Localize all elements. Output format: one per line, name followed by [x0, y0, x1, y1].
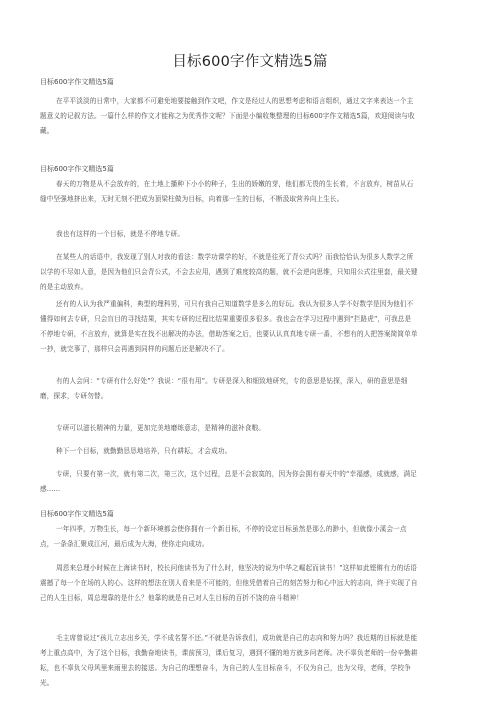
- essay1-paragraph-5: 有的人会问：“专研有什么好处”？我说：“很有用”。专研是深入和细致地研究，专的意…: [40, 374, 418, 404]
- essay1-paragraph-2: 我也有这样的一个目标，就是不停地专研。: [40, 227, 418, 242]
- essay1-paragraph-7: 种下一个目标，就勤勤恳恳地培养，只有耕耘，才会成功。: [40, 444, 418, 459]
- document-page: 目标600字作文精选5篇 目标600字作文精选5篇 在平平淡淡的日常中，大家都不…: [0, 0, 500, 708]
- essay1-paragraph-4: 还有的人认为我严重偏科，典型的理科男，可只有我自己知道数学是多么的好玩。我认为很…: [40, 297, 418, 357]
- essay1-paragraph-3: 在某些人的话语中，我发现了别人对我的看法：数学功课学的好，不就是往死了背公式吗？…: [40, 250, 418, 295]
- essay1-paragraph-8: 专研，只要有第一次，就有第二次，第三次，这个过程，总是不会寂寞的，因为你会拥有春…: [40, 467, 418, 497]
- essay2-paragraph-3: 毛主席曾说过“孩儿立志出乡关，学不成名誓不还。”不就是告诉我们，成功就是自己的志…: [40, 631, 418, 691]
- essay1-paragraph-1: 春天的万物是从不会放弃的，在土地上播种下小小的种子，生出的娇嫩的芽，他们都无畏的…: [40, 177, 418, 207]
- intro-heading: 目标600字作文精选5篇: [40, 77, 114, 87]
- essay1-paragraph-6: 专研可以滋长精神的力量，更加完美地磨练意志，是精神的滋补食粮。: [40, 421, 418, 436]
- essay2-paragraph-1: 一年四季，万物生长，每一个新环境都会使你拥有一个新目标，不停的设定目标虽然是那么…: [40, 522, 418, 552]
- essay1-heading: 目标600字作文精选5篇: [40, 164, 114, 174]
- essay2-paragraph-2: 周恩来总理小时候在上海读书时，校长问他读书为了什么时，他坚决的说为中华之崛起而读…: [40, 561, 418, 606]
- document-title: 目标600字作文精选5篇: [0, 50, 500, 71]
- intro-paragraph: 在平平淡淡的日常中，大家都不可避免地要接触到作文吧，作文是经过人的思想考虑和语言…: [40, 94, 418, 139]
- essay2-heading: 目标600字作文精选5篇: [40, 509, 114, 519]
